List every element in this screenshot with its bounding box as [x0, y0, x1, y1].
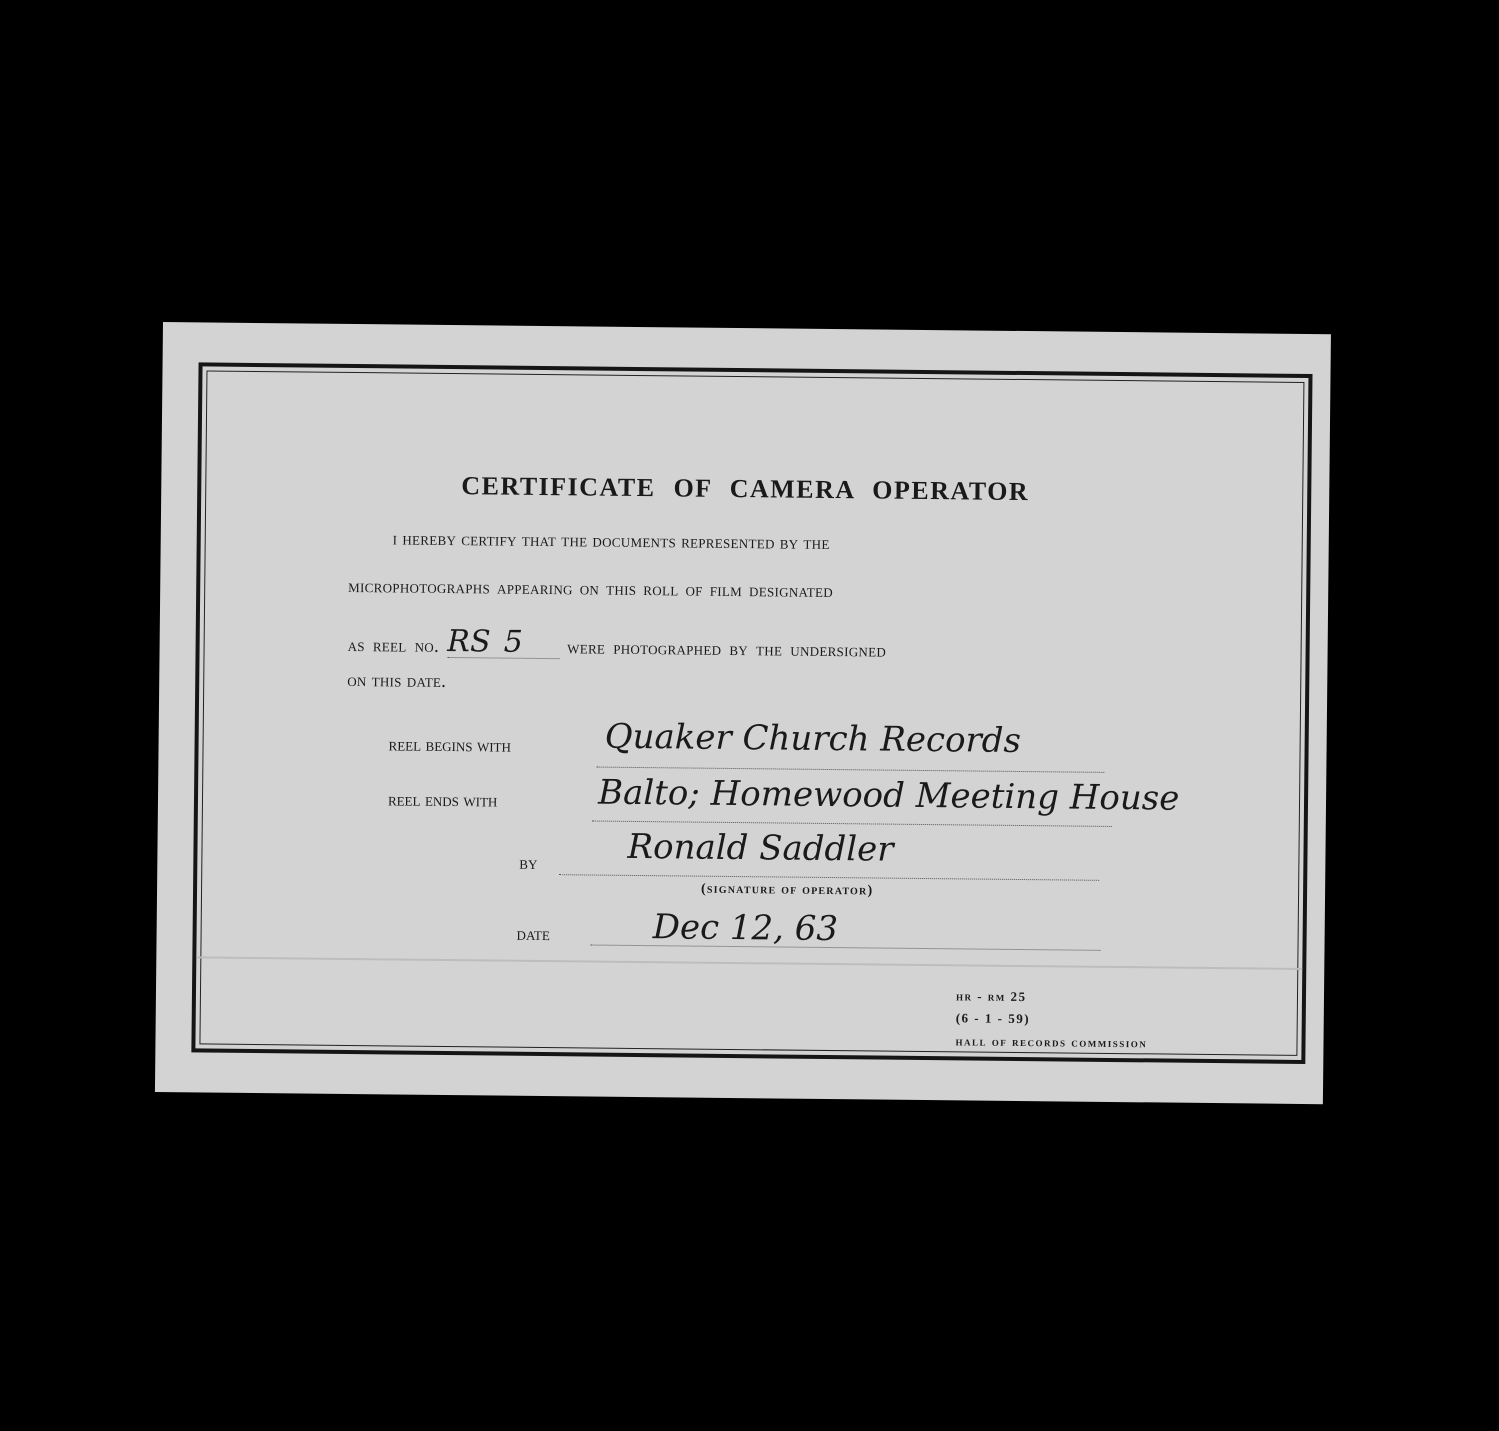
- signature-caption: (SIGNATURE OF OPERATOR): [701, 882, 873, 900]
- reel-ends-line: [592, 821, 1112, 827]
- signature-line: [559, 874, 1099, 881]
- reel-number-field: RS 5: [447, 627, 559, 659]
- body-line-2: MICROPHOTOGRAPHS APPEARING ON THIS ROLL …: [348, 576, 833, 603]
- body-line-3: AS REEL No. RS 5 WERE PHOTOGRAPHED BY TH…: [348, 626, 887, 663]
- form-date: (6 - 1 - 59): [956, 1010, 1030, 1027]
- by-label: BY: [519, 853, 537, 874]
- date-label: DATE: [516, 924, 549, 945]
- body-line-3-tail: WERE PHOTOGRAPHED BY THE UNDERSIGNED: [567, 637, 886, 661]
- form-code: HR - RM 25: [956, 988, 1027, 1005]
- operator-signature: Ronald Saddler: [627, 827, 893, 870]
- reel-ends-label: REEL ENDS WITH: [388, 789, 498, 811]
- body-line-1: I HEREBY CERTIFY THAT THE DOCUMENTS REPR…: [393, 528, 830, 555]
- reel-begins-label: REEL BEGINS WITH: [388, 734, 511, 756]
- date-value: Dec 12, 63: [652, 907, 838, 949]
- certificate-title: CERTIFICATE OF CAMERA OPERATOR: [461, 471, 1029, 507]
- certificate-card: CERTIFICATE OF CAMERA OPERATOR I HEREBY …: [155, 322, 1331, 1104]
- reel-begins-value: Quaker Church Records: [604, 717, 1021, 761]
- body-line-4: ON THIS DATE.: [347, 670, 446, 693]
- reel-ends-value: Balto; Homewood Meeting House: [598, 773, 1180, 819]
- issuer: HALL OF RECORDS COMMISSION: [955, 1033, 1147, 1051]
- reel-begins-line: [596, 767, 1104, 773]
- reel-no-label: AS REEL No.: [348, 635, 440, 657]
